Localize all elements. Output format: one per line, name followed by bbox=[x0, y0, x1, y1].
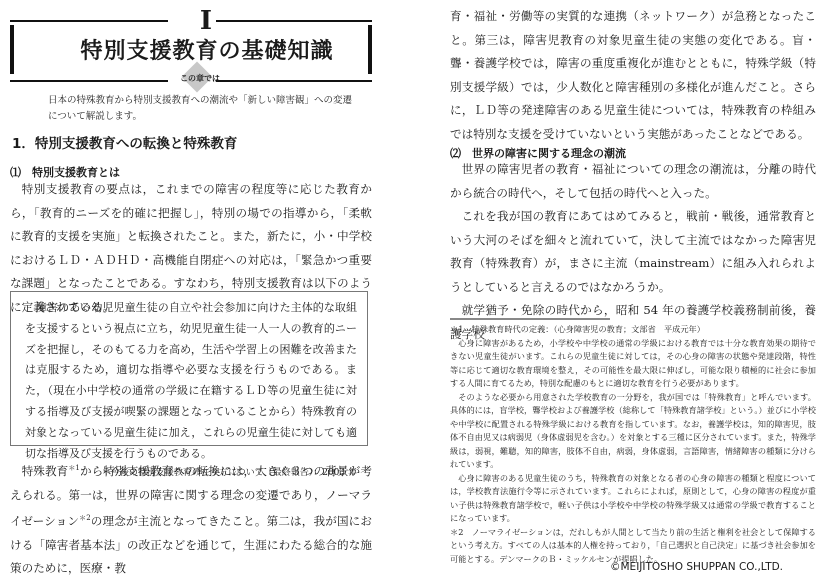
paragraph-text: 育・福祉・労働等の実質的な連携（ネットワーク）が急務となったこと。第三は，障害児… bbox=[450, 5, 816, 146]
footnote-divider bbox=[450, 318, 610, 320]
copyright-notice: ©MEIJITOSHO SHUPPAN CO.,LTD. bbox=[610, 561, 783, 573]
header-rule-top-right bbox=[216, 20, 372, 22]
footnote-ref-2[interactable]: ＊2 bbox=[79, 514, 91, 522]
intro-line: について解説します。 bbox=[48, 109, 378, 125]
paragraph-background: 特殊教育＊1から特別支援教育への転換には，大きく３つの背景が考えられる。第一は，… bbox=[10, 457, 372, 580]
footnote-2: ＊2 ノーマライゼーションは，だれしもが人間として当たり前の生活と権利を社会とし… bbox=[450, 526, 816, 567]
chapter-intro: 日本の特殊教育から特別支援教育への潮流や「新しい障害観」への変遷 について解説し… bbox=[48, 93, 378, 125]
paragraph-continuation: 育・福祉・労働等の実質的な連携（ネットワーク）が急務となったこと。第三は，障害児… bbox=[450, 5, 816, 146]
header-rule-top-left bbox=[10, 20, 168, 22]
footnote-1-paragraph: そのような必要から用意された学校教育の一分野を，我が国では「特殊教育」と呼んでい… bbox=[450, 391, 816, 472]
definition-text: 障害のある幼児児童生徒の自立や社会参加に向けた主体的な取組を支援するという視点に… bbox=[25, 298, 357, 464]
chapter-ornament-label: この章では bbox=[170, 73, 230, 84]
section-heading: 1．特別支援教育への転換と特殊教育 bbox=[12, 132, 237, 152]
paragraph-text: 世界の障害児者の教育・福祉についての理念の潮流は，分離の時代から統合の時代へ，そ… bbox=[450, 158, 816, 205]
definition-box: 障害のある幼児児童生徒の自立や社会参加に向けた主体的な取組を支援するという視点に… bbox=[10, 291, 368, 446]
intro-line: 日本の特殊教育から特別支援教育への潮流や「新しい障害観」への変遷 bbox=[48, 93, 378, 109]
footnote-1-paragraph: 心身に障害のある児童生徒のうち，特殊教育の対象となる者の心身の障害の種類と程度に… bbox=[450, 472, 816, 526]
header-rule-bottom-left bbox=[10, 80, 168, 82]
chapter-numeral: I bbox=[186, 6, 226, 36]
footnote-1-paragraph: 心身に障害があるため，小学校や中学校の通常の学級における教育では十分な教育効果の… bbox=[450, 337, 816, 391]
chapter-title: 特別支援教育の基礎知識 bbox=[0, 34, 414, 65]
header-rule-bottom-right bbox=[216, 80, 372, 82]
text-span: 特殊教育 bbox=[22, 464, 69, 478]
footnote-1-title: ＊1 特殊教育時代の定義：（心身障害児の教育；文部省 平成元年） bbox=[450, 323, 816, 337]
footnotes: ＊1 特殊教育時代の定義：（心身障害児の教育；文部省 平成元年） 心身に障害があ… bbox=[450, 323, 816, 566]
paragraph-text: これを我が国の教育にあてはめてみると，戦前・戦後，通常教育という大河のそばを細々… bbox=[450, 205, 816, 299]
footnote-ref-1[interactable]: ＊1 bbox=[68, 464, 80, 472]
